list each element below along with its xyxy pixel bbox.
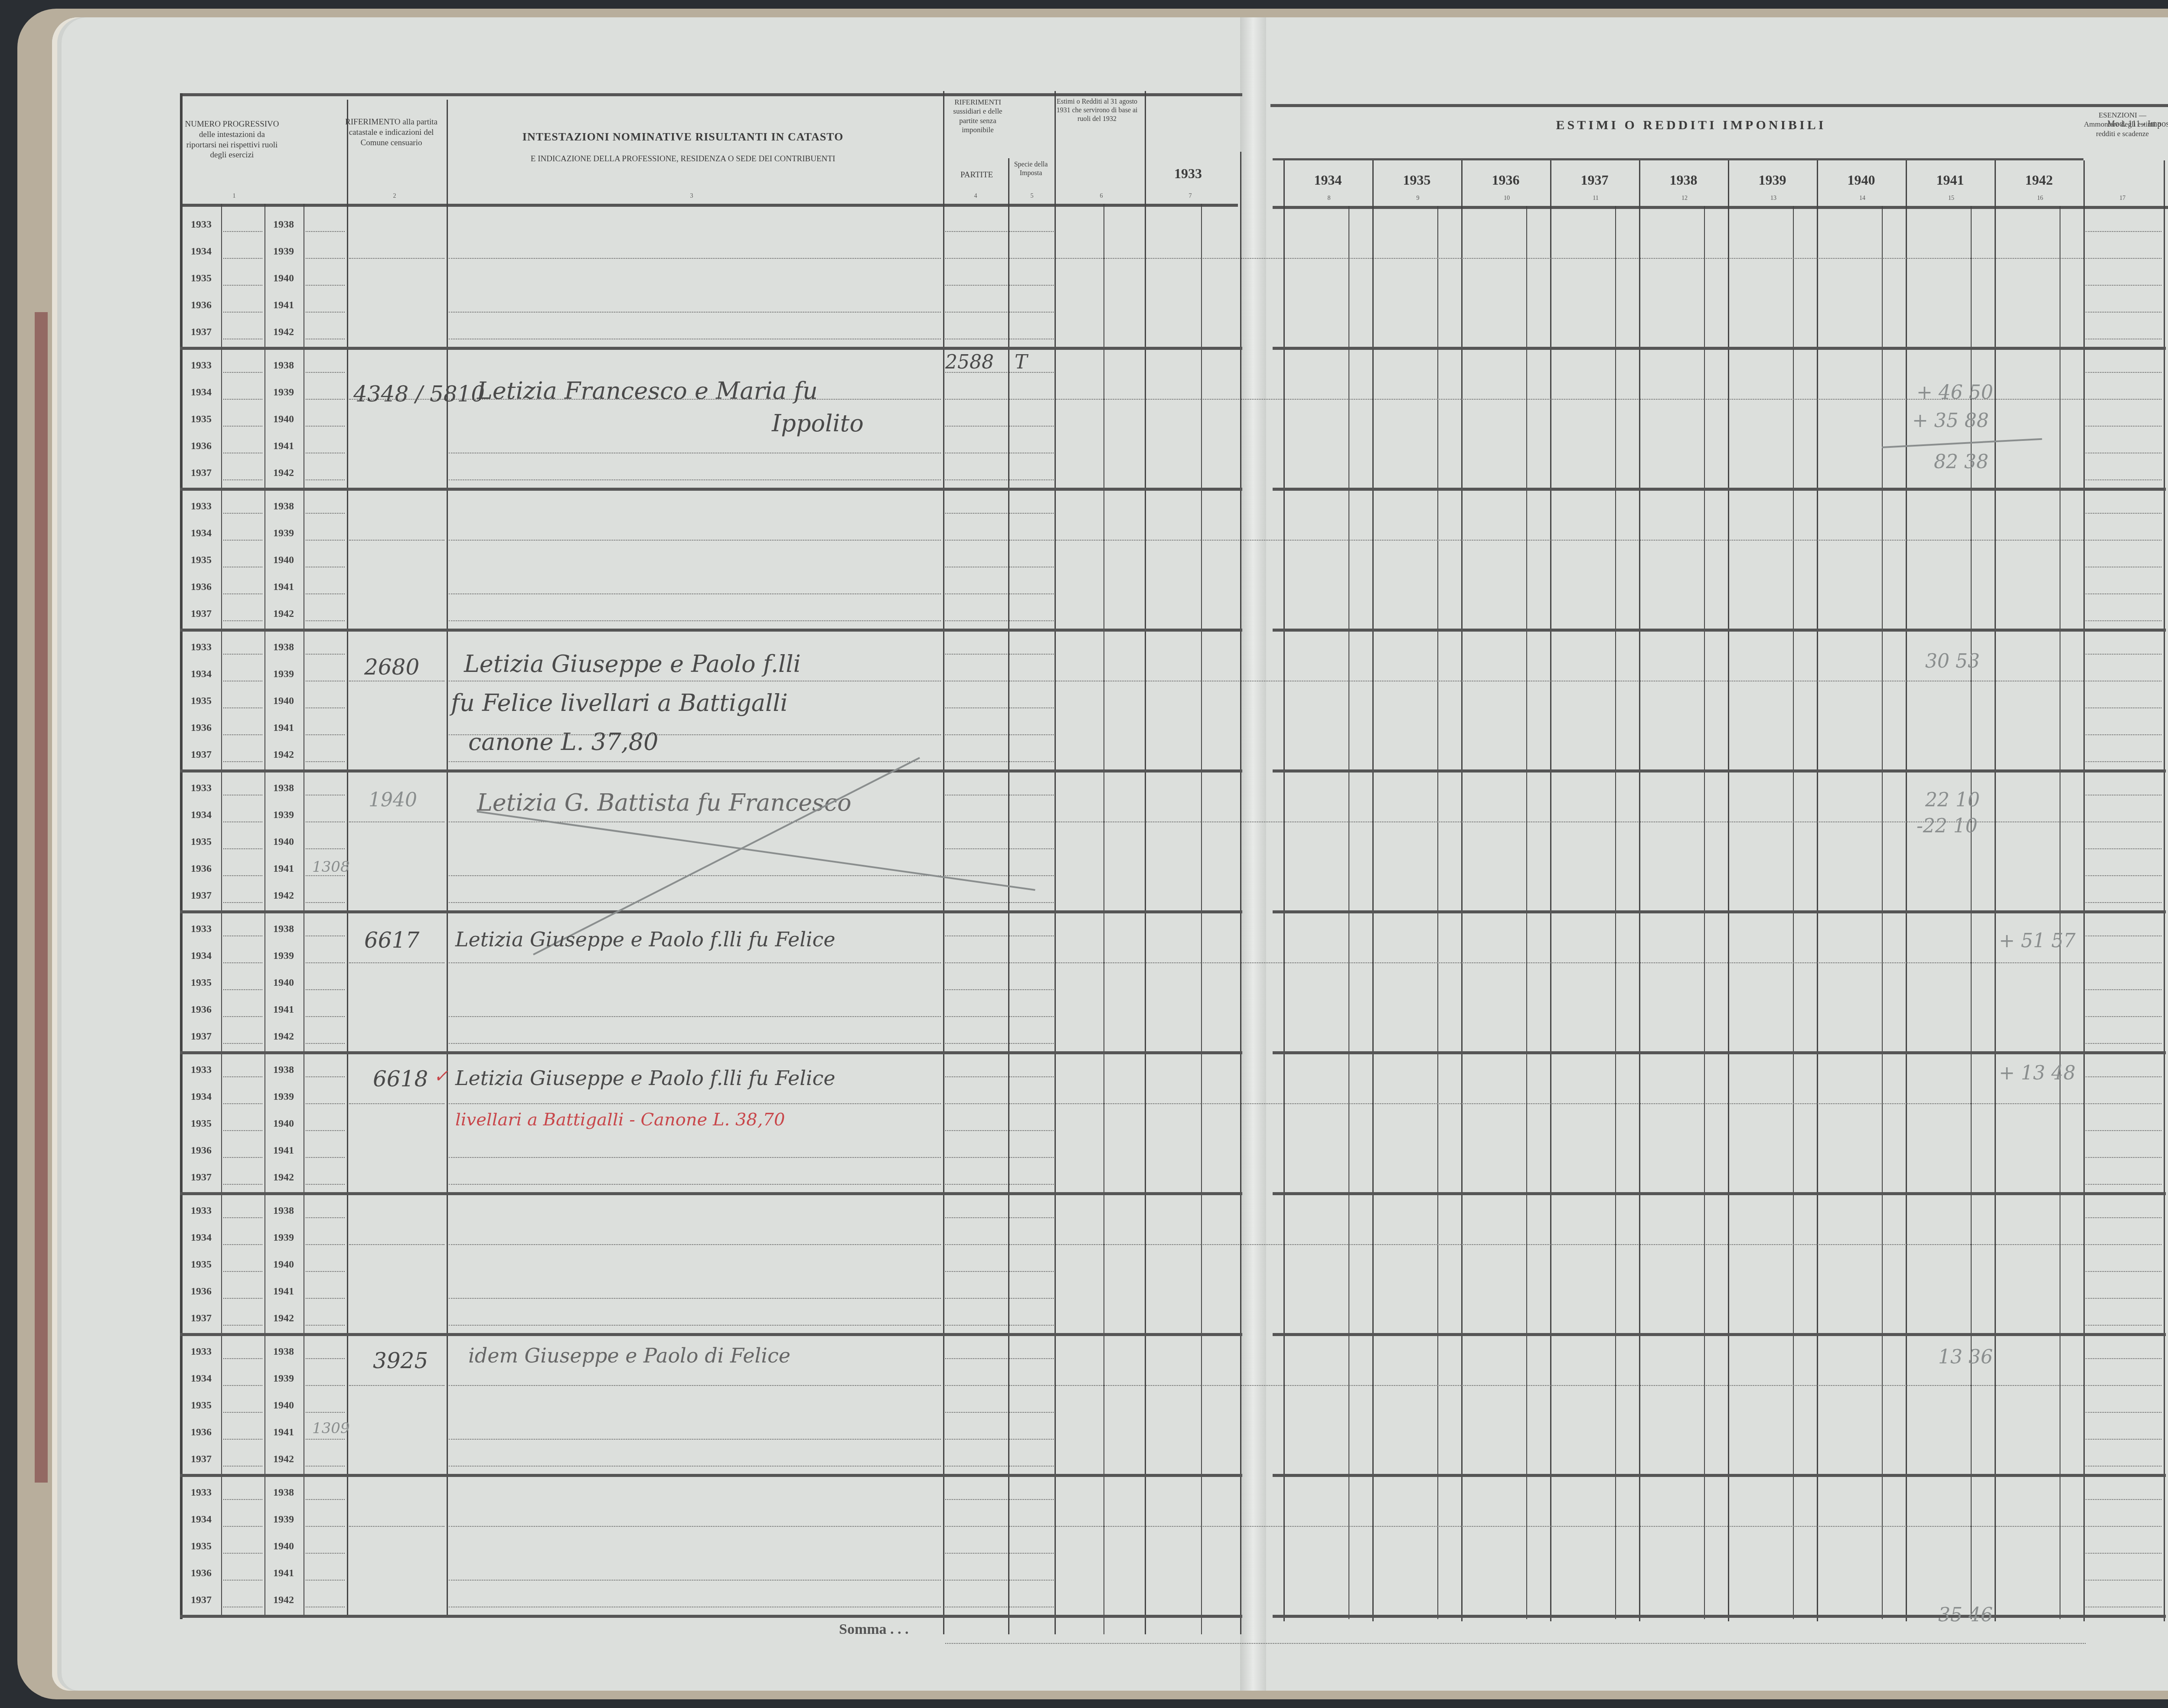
- group-rule: [1273, 347, 2166, 350]
- dotted-rule: [945, 479, 1054, 480]
- colnum-10: 10: [1500, 195, 1513, 202]
- dotted-rule: [2086, 1325, 2161, 1326]
- col-divider: [1817, 160, 1818, 1621]
- dotted-rule: [1056, 1526, 2083, 1527]
- dotted-rule: [2086, 513, 2161, 514]
- dotted-rule: [306, 1016, 345, 1017]
- entry-5-amount-b: -22 10: [1917, 815, 1978, 837]
- page-gutter: [1240, 17, 1266, 1691]
- col-divider: [1283, 160, 1285, 1621]
- dotted-rule: [306, 1466, 345, 1467]
- col-divider: [1728, 160, 1729, 1621]
- year-label: 1940: [273, 554, 294, 566]
- dotted-rule: [2086, 654, 2161, 655]
- year-label: 1933: [191, 501, 212, 512]
- year-label: 1938: [273, 1205, 294, 1217]
- dotted-rule: [2086, 1076, 2161, 1077]
- colnum-11: 11: [1589, 195, 1602, 202]
- year-label: 1935: [191, 1541, 212, 1552]
- dotted-rule: [223, 258, 262, 259]
- dotted-rule: [449, 902, 941, 903]
- dotted-rule: [306, 513, 345, 514]
- year-label: 1942: [273, 1313, 294, 1324]
- year-label: 1935: [191, 414, 212, 425]
- dotted-rule: [449, 312, 941, 313]
- dotted-rule: [2086, 1298, 2161, 1299]
- year-label: 1935: [191, 273, 212, 284]
- dotted-rule: [449, 1157, 941, 1158]
- year-label: 1936: [191, 1145, 212, 1157]
- dotted-rule: [223, 1271, 262, 1272]
- group-rule: [180, 488, 1242, 491]
- dotted-rule: [945, 1526, 1054, 1527]
- dotted-rule: [945, 1580, 1054, 1581]
- dotted-rule: [223, 231, 262, 232]
- year-label: 1939: [273, 246, 294, 258]
- entry-5-name: Letizia G. Battista fu Francesco: [477, 789, 852, 816]
- dotted-rule: [306, 734, 345, 735]
- dotted-rule: [2086, 707, 2161, 708]
- year-label: 1934: [191, 668, 212, 680]
- entry-2-partite: 2588: [945, 351, 994, 373]
- dotted-rule: [2086, 620, 2161, 621]
- dotted-rule: [2086, 1184, 2161, 1185]
- dotted-rule: [449, 1043, 941, 1044]
- entry-4-name: Letizia Giuseppe e Paolo f.lli: [464, 650, 801, 678]
- colnum-17: 17: [2116, 195, 2129, 202]
- dotted-rule: [223, 1298, 262, 1299]
- dotted-rule: [945, 258, 1054, 259]
- dotted-rule: [945, 1412, 1054, 1413]
- colnum-9: 9: [1411, 195, 1424, 202]
- year-label: 1940: [273, 1118, 294, 1130]
- dotted-rule: [349, 540, 444, 541]
- year-label: 1933: [191, 1064, 212, 1076]
- dotted-rule: [2086, 231, 2161, 232]
- dotted-rule: [306, 1499, 345, 1500]
- col-divider: [1008, 158, 1009, 1634]
- year-label: 1940: [273, 695, 294, 707]
- year-label: 1938: [273, 219, 294, 231]
- dotted-rule: [223, 848, 262, 849]
- left-top-rule: [180, 93, 1242, 96]
- year-label: 1935: [191, 554, 212, 566]
- dotted-rule: [449, 821, 941, 822]
- group-rule: [180, 769, 1242, 773]
- dotted-rule: [945, 795, 1054, 795]
- year-label: 1941: [273, 1145, 294, 1157]
- year-label: 1934: [191, 387, 212, 398]
- year-label: 1936: [191, 1427, 212, 1438]
- dotted-rule: [223, 734, 262, 735]
- dotted-rule: [223, 654, 262, 655]
- dotted-rule: [2086, 1385, 2161, 1386]
- year-label: 1937: [191, 1313, 212, 1324]
- year-label: 1940: [273, 1400, 294, 1411]
- dotted-rule: [2086, 339, 2161, 339]
- col-divider: [1906, 160, 1907, 1621]
- dotted-rule: [223, 1130, 262, 1131]
- entry-2-name: Letizia Francesco e Maria fu: [477, 377, 818, 404]
- dotted-rule: [2086, 962, 2161, 963]
- colnum-8: 8: [1322, 195, 1335, 202]
- entry-6-ref: 6617: [364, 928, 419, 953]
- year-label: 1939: [273, 950, 294, 962]
- entry-4-name3: canone L. 37,80: [468, 728, 658, 756]
- year-label: 1937: [191, 467, 212, 479]
- dotted-rule: [223, 372, 262, 373]
- dotted-rule: [223, 399, 262, 400]
- year-label: 1937: [191, 608, 212, 620]
- year-label: 1938: [273, 501, 294, 512]
- dotted-rule: [945, 875, 1054, 876]
- dotted-rule: [2086, 1439, 2161, 1440]
- year-label: 1942: [273, 326, 294, 338]
- dotted-rule: [306, 821, 345, 822]
- dotted-rule: [449, 681, 941, 681]
- dotted-rule: [945, 540, 1054, 541]
- dotted-rule: [306, 1439, 345, 1440]
- dotted-rule: [223, 1607, 262, 1607]
- year-label: 1935: [191, 1118, 212, 1130]
- year-label: 1939: [273, 1091, 294, 1103]
- dotted-rule: [449, 593, 941, 594]
- dotted-rule: [349, 821, 444, 822]
- year-label: 1941: [273, 440, 294, 452]
- year-label: 1941: [273, 300, 294, 311]
- header-year-1936: 1936: [1461, 171, 1550, 189]
- year-label: 1941: [273, 722, 294, 734]
- dotted-rule: [449, 540, 941, 541]
- dotted-rule: [2086, 479, 2161, 480]
- dotted-rule: [2086, 258, 2161, 259]
- dotted-rule: [449, 1184, 941, 1185]
- entry-4-ref: 2680: [364, 655, 419, 680]
- year-label: 1941: [273, 863, 294, 875]
- dotted-rule: [449, 620, 941, 621]
- dotted-rule: [349, 681, 444, 681]
- dotted-rule: [2086, 1130, 2161, 1131]
- dotted-rule: [945, 848, 1054, 849]
- dotted-rule: [223, 989, 262, 990]
- dotted-rule: [2086, 1103, 2161, 1104]
- group-rule: [180, 1051, 1242, 1054]
- dotted-rule: [945, 1217, 1054, 1218]
- dotted-rule: [223, 312, 262, 313]
- entry-2-name2: Ippolito: [772, 410, 864, 437]
- dotted-rule: [223, 1157, 262, 1158]
- dotted-rule: [2086, 453, 2161, 453]
- dotted-rule: [2086, 734, 2161, 735]
- entry-7-name-red: livellari a Battigalli - Canone L. 38,70: [455, 1110, 785, 1130]
- dotted-rule: [306, 231, 345, 232]
- right-header-bottom-rule: [1273, 206, 2168, 209]
- col-divider: [1550, 160, 1551, 1621]
- dotted-rule: [1056, 540, 2083, 541]
- dotted-rule: [306, 1217, 345, 1218]
- year-label: 1936: [191, 1286, 212, 1297]
- dotted-rule: [223, 1439, 262, 1440]
- dotted-rule: [223, 761, 262, 762]
- dotted-rule: [945, 1184, 1054, 1185]
- dotted-rule: [2086, 567, 2161, 567]
- dotted-rule: [945, 1244, 1054, 1245]
- dotted-rule: [223, 821, 262, 822]
- dotted-rule: [306, 1103, 345, 1104]
- group-rule: [1273, 910, 2166, 913]
- dotted-rule: [223, 795, 262, 795]
- col-divider: [2164, 160, 2165, 1621]
- dotted-rule: [449, 1385, 941, 1386]
- dotted-rule: [2086, 1244, 2161, 1245]
- year-label: 1940: [273, 1541, 294, 1552]
- dotted-rule: [223, 453, 262, 453]
- year-label: 1937: [191, 1172, 212, 1183]
- left-header-bottom-rule: [180, 204, 1238, 207]
- dotted-rule: [223, 339, 262, 339]
- dotted-rule: [2086, 399, 2161, 400]
- entry-2-ref: 4348 / 5810: [353, 381, 485, 407]
- year-label: 1936: [191, 722, 212, 734]
- header-col2: RIFERIMENTO alla partita catastale e ind…: [345, 117, 438, 148]
- dotted-rule: [223, 902, 262, 903]
- right-top-rule: [1270, 104, 2168, 107]
- entry-2-specie: T: [1015, 351, 1027, 373]
- dotted-rule: [223, 1412, 262, 1413]
- year-label: 1942: [273, 1454, 294, 1465]
- colnum-3: 3: [685, 193, 698, 200]
- dotted-rule: [306, 1157, 345, 1158]
- dotted-rule: [306, 962, 345, 963]
- dotted-rule: [945, 1466, 1054, 1467]
- dotted-rule: [945, 1103, 1054, 1104]
- dotted-rule: [945, 1607, 1054, 1607]
- dotted-rule: [223, 875, 262, 876]
- entry-5-ref: 1940: [369, 789, 417, 811]
- dotted-rule: [306, 681, 345, 681]
- dotted-rule: [223, 540, 262, 541]
- col-divider: [1372, 160, 1374, 1621]
- dotted-rule: [2086, 1412, 2161, 1413]
- binding-edge: [35, 312, 48, 1483]
- dotted-rule: [2086, 875, 2161, 876]
- dotted-rule: [2086, 372, 2161, 373]
- header-col1: NUMERO PROGRESSIVO delle intestazioni da…: [184, 119, 280, 160]
- header-year-1939: 1939: [1728, 171, 1817, 189]
- dotted-rule: [223, 1217, 262, 1218]
- dotted-rule: [223, 1184, 262, 1185]
- year-label: 1933: [191, 642, 212, 653]
- dotted-rule: [223, 962, 262, 963]
- dotted-rule: [449, 339, 941, 339]
- year-label: 1934: [191, 809, 212, 821]
- header-esenzioni: ESENZIONI — Ammontare degli estimi o red…: [2083, 111, 2161, 138]
- year-label: 1941: [273, 581, 294, 593]
- entry-4-name2: fu Felice livellari a Battigalli: [451, 689, 788, 717]
- dotted-rule: [945, 1271, 1054, 1272]
- dotted-rule: [449, 761, 941, 762]
- group-rule: [180, 347, 1242, 350]
- entry-6-name: Letizia Giuseppe e Paolo f.lli fu Felice: [455, 928, 836, 951]
- dotted-rule: [306, 1526, 345, 1527]
- entry-7-amount: + 13 48: [1999, 1062, 2076, 1084]
- dotted-rule: [449, 1466, 941, 1467]
- year-label: 1936: [191, 1568, 212, 1579]
- dotted-rule: [349, 962, 444, 963]
- dotted-rule: [945, 1499, 1054, 1500]
- entry-9-side-num: 1309: [312, 1420, 350, 1437]
- header-col3-sub: E INDICAZIONE DELLA PROFESSIONE, RESIDEN…: [442, 154, 924, 164]
- col-divider: [1240, 152, 1241, 1634]
- year-label: 1934: [191, 1514, 212, 1525]
- dotted-rule: [945, 231, 1054, 232]
- dotted-rule: [449, 1580, 941, 1581]
- dotted-rule: [223, 1466, 262, 1467]
- dotted-rule: [223, 681, 262, 681]
- dotted-rule: [2086, 1271, 2161, 1272]
- group-rule: [180, 1474, 1242, 1477]
- header-year-1937: 1937: [1550, 171, 1639, 189]
- dotted-rule: [306, 1385, 345, 1386]
- group-rule: [180, 629, 1242, 632]
- dotted-rule: [306, 620, 345, 621]
- dotted-rule: [223, 479, 262, 480]
- dotted-rule: [945, 821, 1054, 822]
- year-label: 1938: [273, 642, 294, 653]
- dotted-rule: [449, 1244, 941, 1245]
- dotted-rule: [349, 258, 444, 259]
- year-label: 1939: [273, 528, 294, 539]
- dotted-rule: [945, 962, 1054, 963]
- dotted-rule: [306, 372, 345, 373]
- dotted-rule: [1056, 258, 2083, 259]
- entry-5-amount: 22 10: [1925, 789, 1980, 811]
- dotted-rule: [2086, 902, 2161, 903]
- header-year-1938: 1938: [1639, 171, 1728, 189]
- dotted-rule: [449, 479, 941, 480]
- dotted-rule: [349, 1103, 444, 1104]
- colnum-1: 1: [228, 193, 241, 200]
- dotted-rule: [945, 1130, 1054, 1131]
- dotted-rule: [449, 1526, 941, 1527]
- dotted-rule: [945, 761, 1054, 762]
- dotted-rule: [2086, 312, 2161, 313]
- entry-2-amount-b: + 35 88: [1912, 410, 1989, 432]
- somma-1941-value: 35 46: [1938, 1604, 1993, 1626]
- dotted-rule: [223, 285, 262, 286]
- dotted-rule: [306, 707, 345, 708]
- dotted-rule: [306, 1184, 345, 1185]
- header-year-1942: 1942: [1995, 171, 2083, 189]
- year-label: 1941: [273, 1568, 294, 1579]
- dotted-rule: [223, 1244, 262, 1245]
- dotted-rule: [306, 540, 345, 541]
- dotted-rule: [2086, 285, 2161, 286]
- dotted-rule: [945, 399, 1054, 400]
- year-label: 1933: [191, 782, 212, 794]
- entry-9-ref: 3925: [373, 1348, 428, 1373]
- dotted-rule: [945, 339, 1054, 339]
- colnum-12: 12: [1678, 195, 1691, 202]
- entry-2-amount-a: + 46 50: [1917, 381, 1993, 404]
- dotted-rule: [945, 1358, 1054, 1359]
- dotted-rule: [349, 1244, 444, 1245]
- year-label: 1942: [273, 1594, 294, 1606]
- group-rule: [180, 1615, 1242, 1618]
- dotted-rule: [2086, 540, 2161, 541]
- dotted-rule: [945, 935, 1054, 936]
- somma-rule: [945, 1643, 2086, 1644]
- col-divider: [1145, 91, 1146, 1634]
- colnum-2: 2: [388, 193, 401, 200]
- dotted-rule: [1056, 962, 2083, 963]
- colnum-16: 16: [2034, 195, 2047, 202]
- year-label: 1938: [273, 1346, 294, 1358]
- dotted-rule: [945, 1157, 1054, 1158]
- entry-7-name: Letizia Giuseppe e Paolo f.lli fu Felice: [455, 1066, 836, 1090]
- header-specie: Specie della Imposta: [1008, 160, 1054, 178]
- year-label: 1937: [191, 1454, 212, 1465]
- colnum-4: 4: [969, 193, 982, 200]
- dotted-rule: [306, 1043, 345, 1044]
- dotted-rule: [223, 1016, 262, 1017]
- colnum-15: 15: [1945, 195, 1958, 202]
- dotted-rule: [306, 312, 345, 313]
- dotted-rule: [349, 1385, 444, 1386]
- dotted-rule: [945, 734, 1054, 735]
- dotted-rule: [945, 902, 1054, 903]
- year-label: 1934: [191, 246, 212, 258]
- entry-7-check: ✓: [434, 1066, 448, 1086]
- dotted-rule: [306, 795, 345, 795]
- year-label: 1940: [273, 273, 294, 284]
- dotted-rule: [1056, 1103, 2083, 1104]
- entry-2-amount-total: 82 38: [1934, 451, 1988, 473]
- year-label: 1936: [191, 581, 212, 593]
- dotted-rule: [223, 1580, 262, 1581]
- year-label: 1939: [273, 668, 294, 680]
- year-label: 1933: [191, 1487, 212, 1499]
- entry-7-ref: 6618: [373, 1066, 428, 1092]
- dotted-rule: [223, 1499, 262, 1500]
- header-1933: 1933: [1145, 165, 1231, 182]
- dotted-rule: [306, 285, 345, 286]
- year-label: 1934: [191, 1232, 212, 1244]
- col-divider: [1104, 204, 1104, 1634]
- left-border: [180, 93, 183, 1619]
- header-col3-title: INTESTAZIONI NOMINATIVE RISULTANTI IN CA…: [442, 130, 924, 144]
- dotted-rule: [2086, 1157, 2161, 1158]
- header-estimi: ESTIMI O REDDITI IMPONIBILI: [1301, 117, 2081, 134]
- year-label: 1938: [273, 923, 294, 935]
- year-label: 1936: [191, 863, 212, 875]
- year-label: 1937: [191, 1594, 212, 1606]
- dotted-rule: [2086, 1043, 2161, 1044]
- header-year-1941: 1941: [1906, 171, 1995, 189]
- dotted-rule: [449, 875, 941, 876]
- header-partite: PARTITE: [945, 170, 1008, 180]
- year-label: 1937: [191, 1031, 212, 1043]
- col-divider: [943, 91, 944, 1634]
- year-label: 1935: [191, 836, 212, 848]
- dotted-rule: [945, 1385, 1054, 1386]
- dotted-rule: [306, 989, 345, 990]
- dotted-rule: [223, 1325, 262, 1326]
- dotted-rule: [223, 1076, 262, 1077]
- dotted-rule: [223, 620, 262, 621]
- dotted-rule: [306, 258, 345, 259]
- dotted-rule: [449, 258, 941, 259]
